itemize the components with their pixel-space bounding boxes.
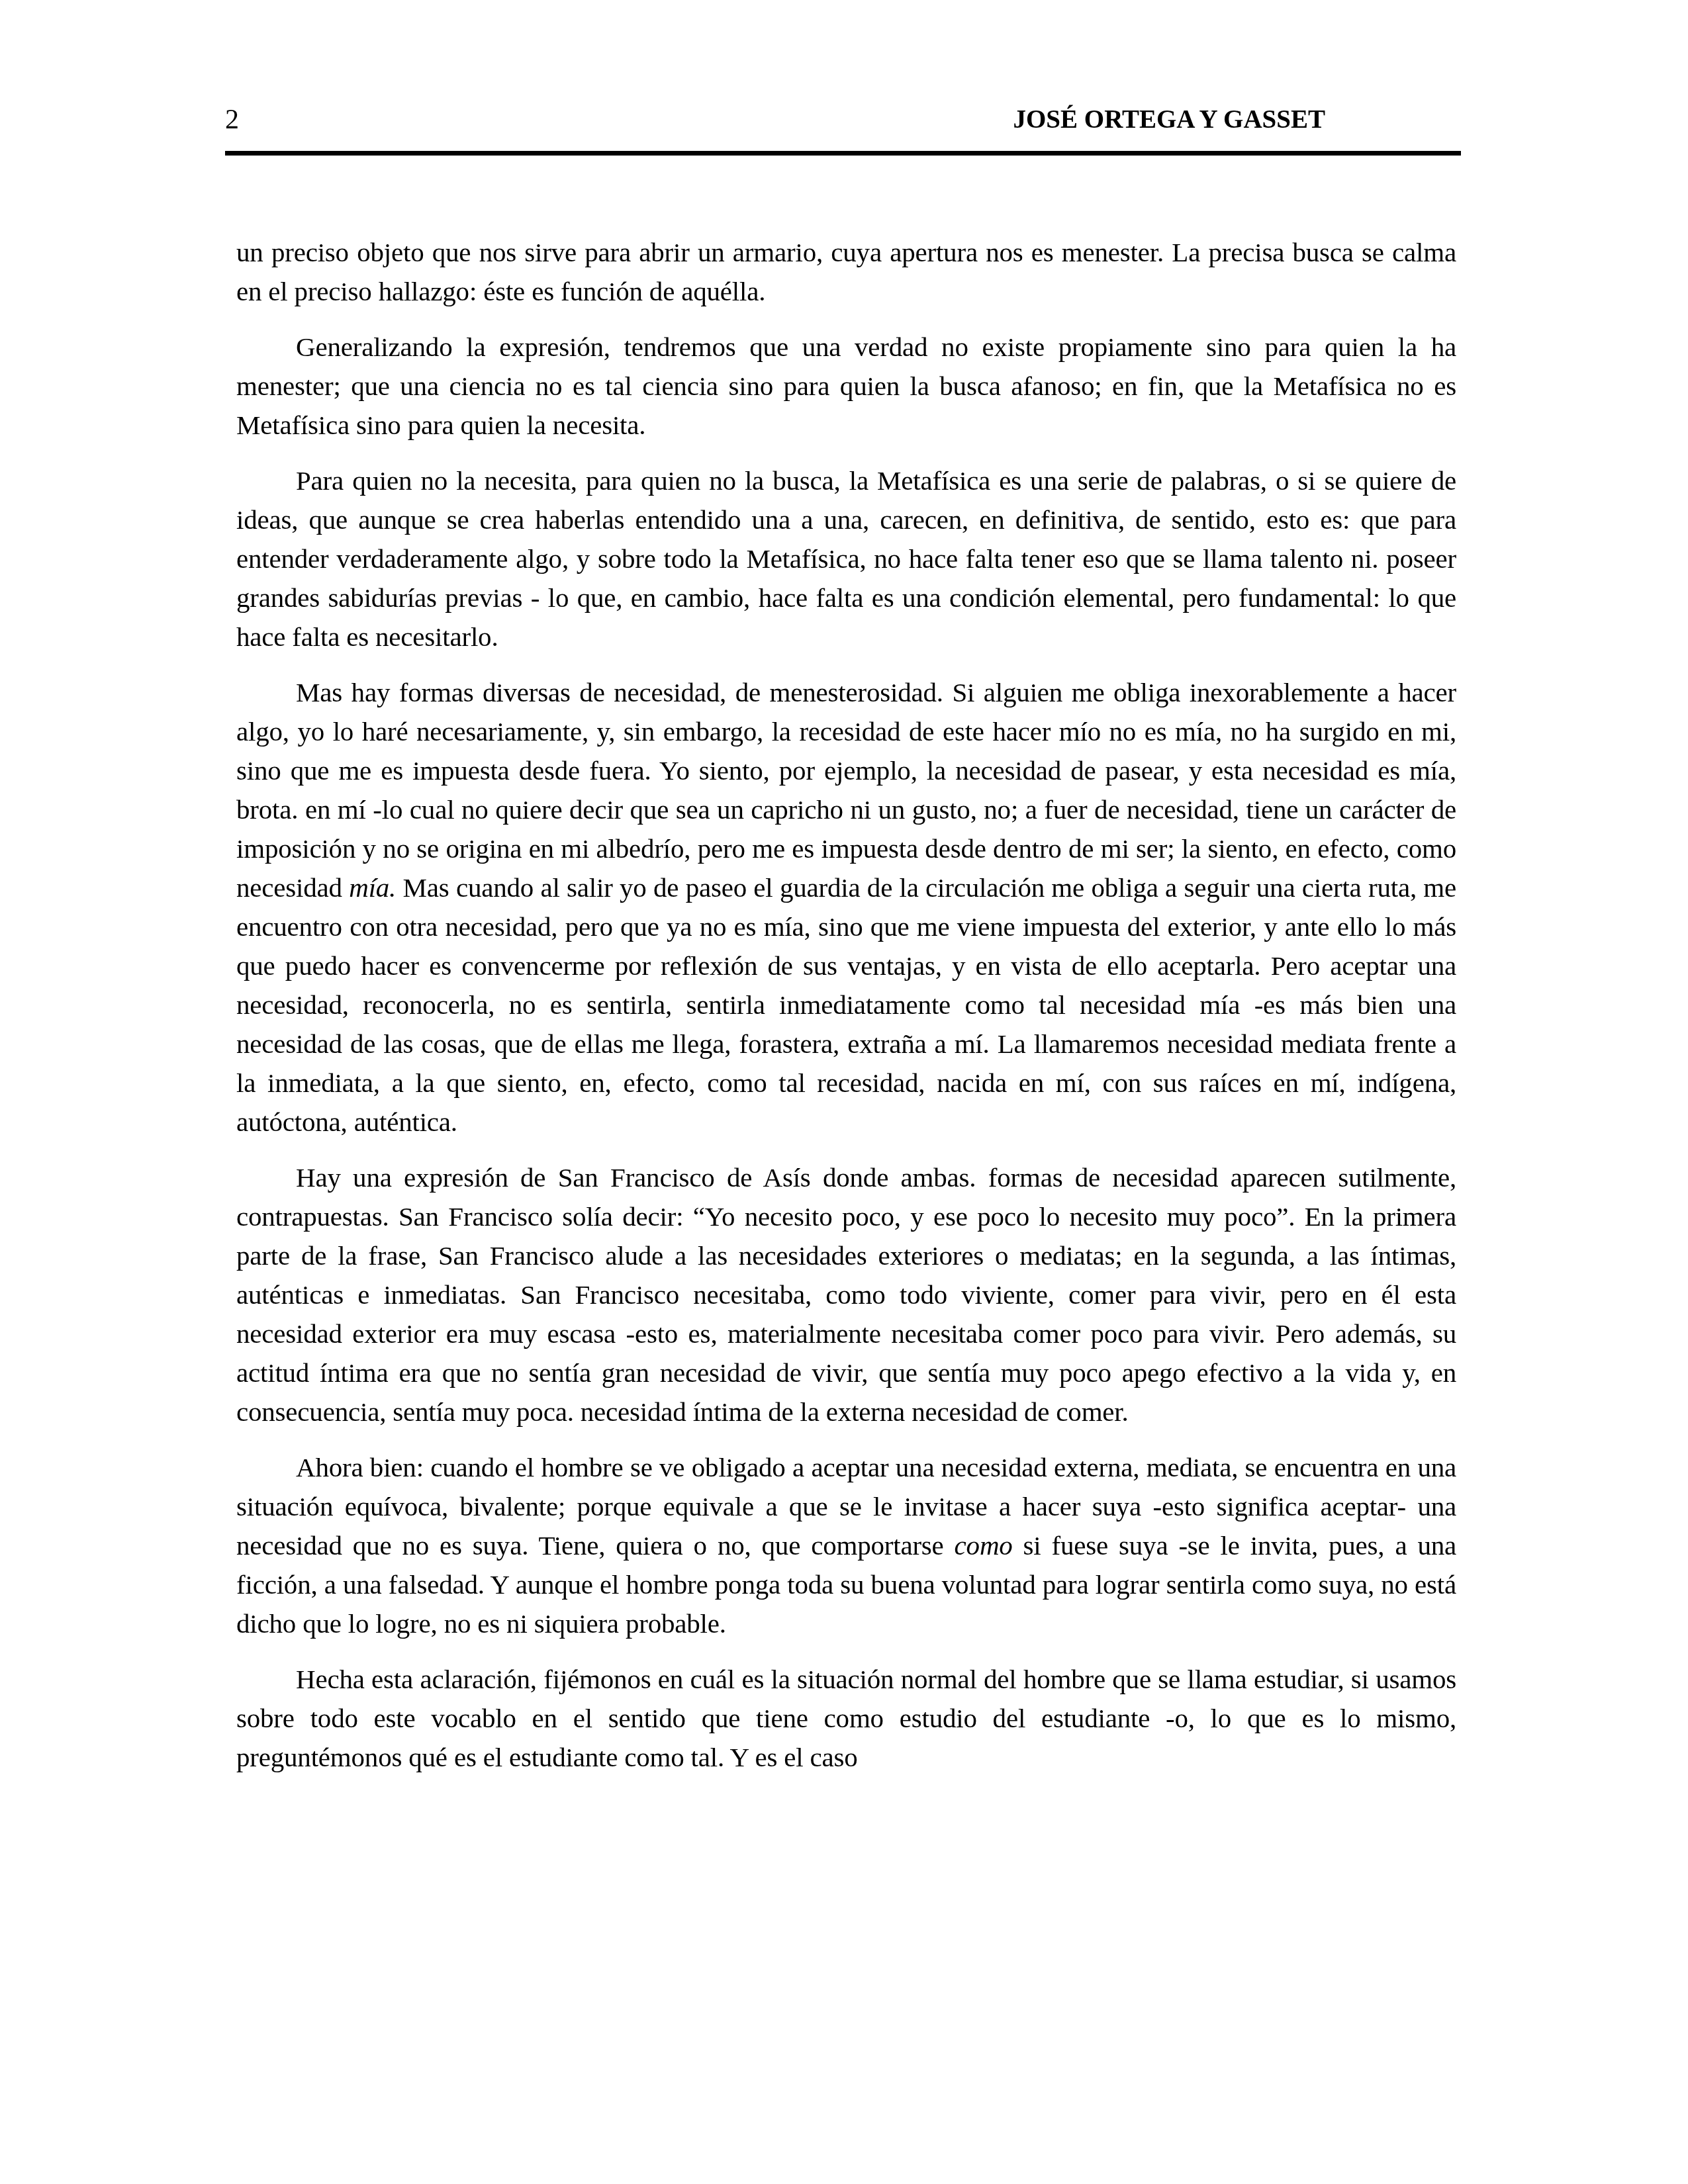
header-rule: [225, 151, 1461, 156]
text-segment: Mas cuando al salir yo de paseo el guard…: [236, 872, 1456, 1137]
scanned-book-page: 2 JOSÉ ORTEGA Y GASSET un preciso objeto…: [0, 0, 1688, 2184]
paragraph: Generalizando la expresión, tendremos qu…: [236, 328, 1456, 445]
italic-text-segment: como: [955, 1530, 1013, 1561]
page-number: 2: [225, 106, 239, 136]
paragraph: un preciso objeto que nos sirve para abr…: [236, 233, 1456, 311]
text-segment: Generalizando la expresión, tendremos qu…: [236, 332, 1456, 440]
paragraph: Ahora bien: cuando el hombre se ve oblig…: [236, 1448, 1456, 1643]
text-block: un preciso objeto que nos sirve para abr…: [236, 233, 1456, 1794]
running-header: 2 JOSÉ ORTEGA Y GASSET: [225, 106, 1460, 136]
paragraph: Hay una expresión de San Francisco de As…: [236, 1158, 1456, 1432]
paragraph: Mas hay formas diversas de necesidad, de…: [236, 673, 1456, 1142]
paragraph: Para quien no la necesita, para quien no…: [236, 461, 1456, 657]
text-segment: Hecha esta aclaración, fijémonos en cuál…: [236, 1664, 1456, 1772]
running-header-title: JOSÉ ORTEGA Y GASSET: [1013, 107, 1325, 136]
text-segment: Para quien no la necesita, para quien no…: [236, 465, 1456, 652]
text-segment: un preciso objeto que nos sirve para abr…: [236, 237, 1456, 306]
italic-text-segment: mía.: [349, 872, 396, 903]
paragraph: Hecha esta aclaración, fijémonos en cuál…: [236, 1660, 1456, 1777]
text-segment: Mas hay formas diversas de necesidad, de…: [236, 677, 1456, 903]
text-segment: Hay una expresión de San Francisco de As…: [236, 1162, 1456, 1427]
